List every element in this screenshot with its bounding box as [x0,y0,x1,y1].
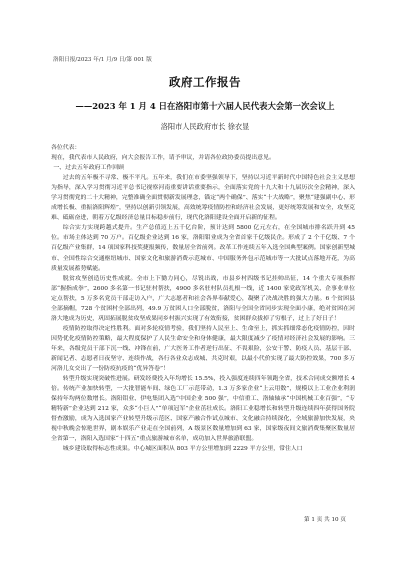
document-author: 洛阳市人民政府市长 徐衣显 [0,122,410,132]
source-line: 洛阳日报/2023 年/1 月/9 日/第 001 版 [53,55,152,63]
document-subtitle: ——2023 年 1 月 4 日在洛阳市第十六届人民代表大会第一次会议上 [0,100,410,112]
section-heading: 一、过去五年政府工作回顾 [51,163,355,173]
salutation: 各位代表： [51,143,355,153]
body-paragraph: 转型升级实现突破性进展。研发经费投入年均增长 15.5%，投入强度连续四年领跑全… [51,374,355,444]
body-paragraph: 城乡建设取得标志性成果。中心城区面积从 803 平方公里增加到 2229 平方公… [51,444,355,454]
body-paragraph: 过去的五年极不寻常、极不平凡。五年来，我们在市委坚强领导下，坚持以习近平新时代中… [51,173,355,223]
page-indicator: 第 1 页 共 10 页 [304,515,346,523]
opening-paragraph: 现在，我代表市人民政府，向大会报告工作，请予审议，并请各位政协委员提出意见。 [51,153,355,163]
document-body: 各位代表： 现在，我代表市人民政府，向大会报告工作，请予审议，并请各位政协委员提… [51,143,355,454]
document-page: 洛阳日报/2023 年/1 月/9 日/第 001 版 政府工作报告 ——202… [0,0,410,580]
body-paragraph: 脱贫攻坚创造历史性成就。全市上下勠力同心，尽锐出战，市县乡村四级书记挂帅出征，1… [51,274,355,324]
document-title: 政府工作报告 [0,74,410,90]
body-paragraph: 疫情防控取得决定性胜利。面对多轮疫情考验，我们坚持人民至上、生命至上，抓实抓细常… [51,324,355,374]
body-paragraph: 综合实力实现跨越式提升。生产总值迈上五千亿台阶，预计达到 5800 亿元左右，在… [51,223,355,273]
